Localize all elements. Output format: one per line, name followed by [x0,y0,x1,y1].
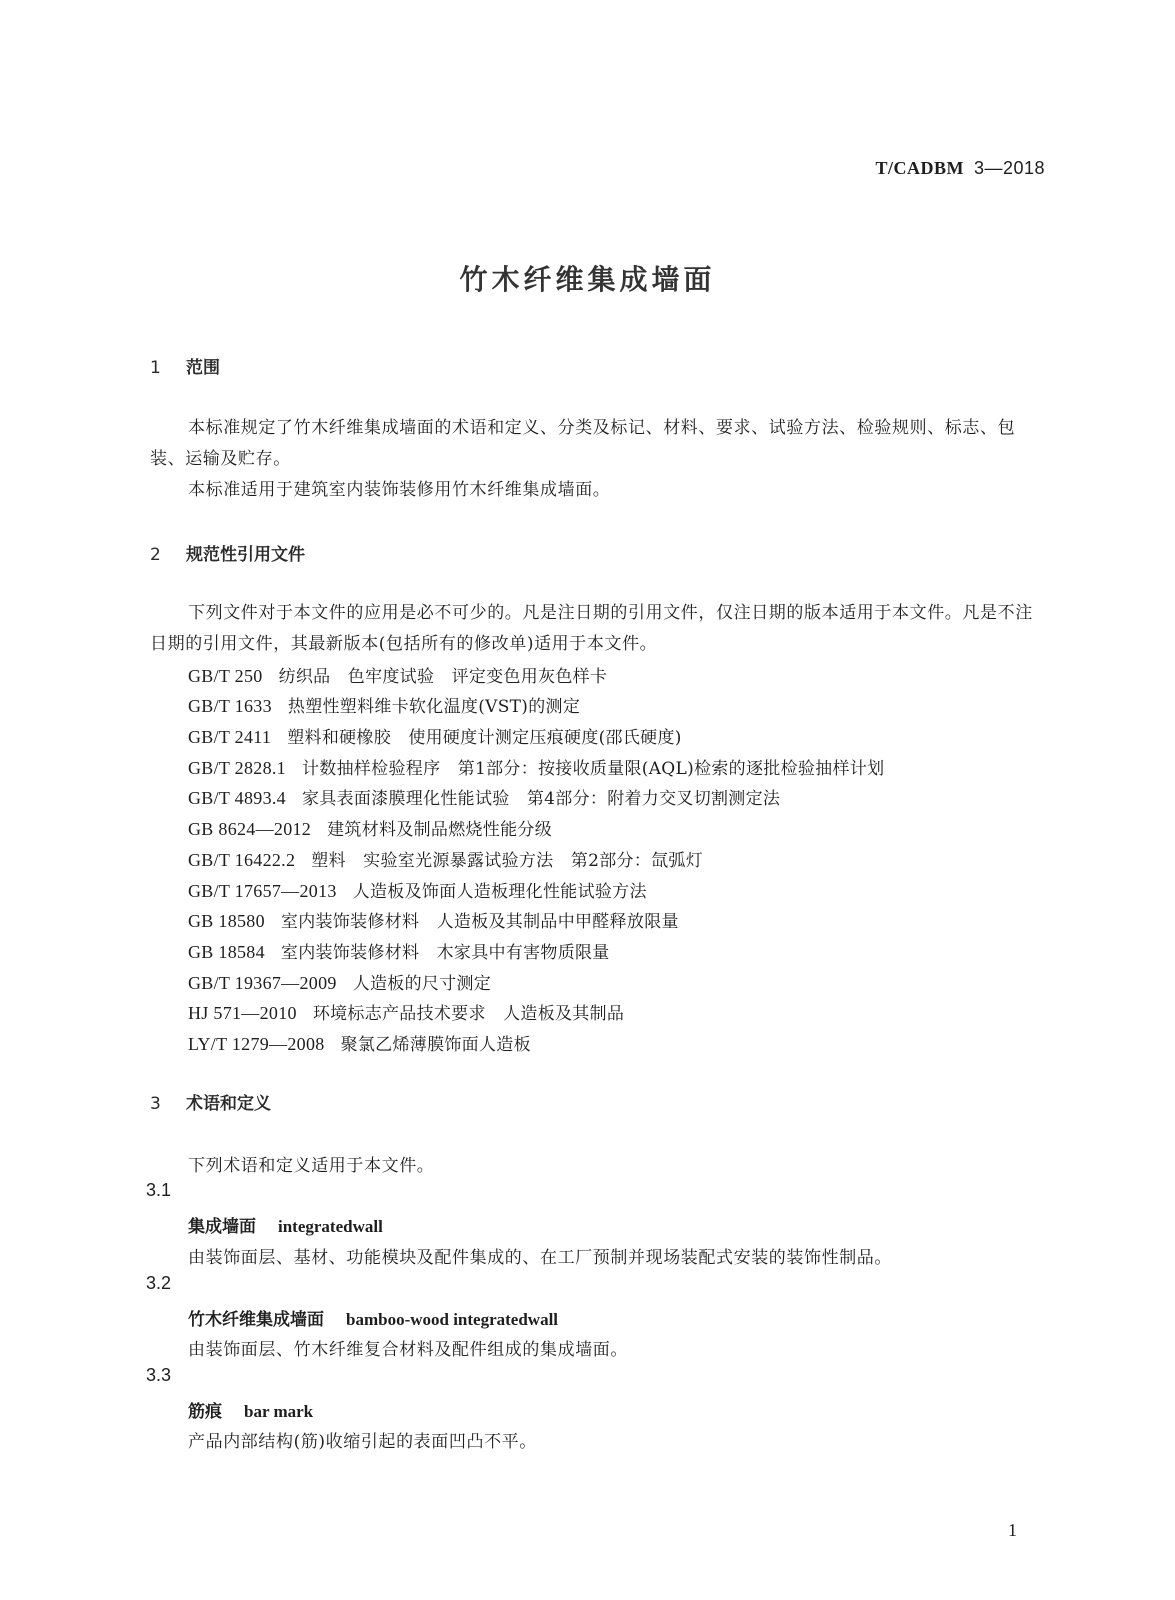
section-heading-2: 2规范性引用文件 [150,540,305,565]
reference-item: GB 8624—2012建筑材料及制品燃烧性能分级 [188,815,552,840]
section-number: 2 [150,545,186,565]
reference-item: GB/T 4893.4家具表面漆膜理化性能试验 第4部分：附着力交叉切割测定法 [188,784,780,809]
term-heading: 集成墙面integratedwall [188,1212,383,1237]
reference-code: GB 18580 [188,911,265,931]
section-1-paragraph-2: 本标准适用于建筑室内装饰装修用竹木纤维集成墙面。 [150,475,1045,506]
reference-code: GB/T 17657—2013 [188,881,337,901]
section-title: 术语和定义 [186,1094,271,1114]
reference-code: GB/T 2411 [188,727,271,747]
standard-code: T/CADBM 3—2018 [875,158,1045,179]
section-heading-3: 3术语和定义 [150,1089,271,1114]
term-en: integratedwall [278,1217,383,1236]
reference-code: GB/T 250 [188,666,263,686]
reference-title: 纺织品 色牢度试验 评定变色用灰色样卡 [279,667,608,687]
reference-code: LY/T 1279—2008 [188,1034,325,1054]
section-3-paragraph: 下列术语和定义适用于本文件。 [188,1151,434,1176]
reference-item: GB/T 1633热塑性塑料维卡软化温度(VST)的测定 [188,692,580,717]
reference-item: GB 18580室内装饰装修材料 人造板及其制品中甲醛释放限量 [188,907,679,932]
term-definition: 由装饰面层、竹木纤维复合材料及配件组成的集成墙面。 [188,1335,628,1360]
reference-item: LY/T 1279—2008聚氯乙烯薄膜饰面人造板 [188,1030,531,1055]
reference-code: HJ 571—2010 [188,1003,297,1023]
section-1-paragraph-1: 本标准规定了竹木纤维集成墙面的术语和定义、分类及标记、材料、要求、试验方法、检验… [150,413,1045,475]
term-heading: 筋痕bar mark [188,1397,313,1422]
reference-title: 建筑材料及制品燃烧性能分级 [327,820,552,840]
term-definition: 产品内部结构(筋)收缩引起的表面凹凸不平。 [188,1427,537,1452]
term-number: 3.2 [146,1273,171,1294]
reference-code: GB/T 1633 [188,696,272,716]
reference-title: 室内装饰装修材料 木家具中有害物质限量 [281,943,610,963]
reference-title: 人造板的尺寸测定 [353,974,491,994]
reference-title: 环境标志产品技术要求 人造板及其制品 [313,1004,624,1024]
term-en: bamboo-wood integratedwall [346,1310,558,1329]
reference-code: GB/T 2828.1 [188,758,286,778]
reference-title: 热塑性塑料维卡软化温度(VST)的测定 [288,697,580,717]
term-en: bar mark [244,1402,313,1421]
term-number: 3.1 [146,1180,171,1201]
reference-title: 计数抽样检验程序 第1部分：按接收质量限(AQL)检索的逐批检验抽样计划 [302,759,884,779]
section-title: 范围 [186,358,220,378]
reference-code: GB/T 16422.2 [188,850,295,870]
reference-title: 人造板及饰面人造板理化性能试验方法 [353,882,647,902]
reference-item: GB/T 2828.1计数抽样检验程序 第1部分：按接收质量限(AQL)检索的逐… [188,754,884,779]
reference-title: 聚氯乙烯薄膜饰面人造板 [341,1035,531,1055]
reference-title: 塑料和硬橡胶 使用硬度计测定压痕硬度(邵氏硬度) [287,728,681,748]
reference-item: GB/T 17657—2013人造板及饰面人造板理化性能试验方法 [188,877,647,902]
reference-item: HJ 571—2010环境标志产品技术要求 人造板及其制品 [188,999,624,1024]
term-zh: 集成墙面 [188,1217,256,1237]
term-zh: 筋痕 [188,1402,222,1422]
standard-code-number: 3—2018 [974,158,1045,178]
reference-title: 家具表面漆膜理化性能试验 第4部分：附着力交叉切割测定法 [302,789,780,809]
section-heading-1: 1范围 [150,353,220,378]
reference-title: 塑料 实验室光源暴露试验方法 第2部分：氙弧灯 [311,851,703,871]
reference-item: GB/T 250纺织品 色牢度试验 评定变色用灰色样卡 [188,662,607,687]
section-number: 1 [150,358,186,378]
reference-item: GB/T 19367—2009人造板的尺寸测定 [188,969,491,994]
term-definition: 由装饰面层、基材、功能模块及配件集成的、在工厂预制并现场装配式安装的装饰性制品。 [188,1243,892,1268]
term-zh: 竹木纤维集成墙面 [188,1310,324,1330]
reference-code: GB 8624—2012 [188,819,311,839]
document-title: 竹木纤维集成墙面 [0,258,1175,298]
section-2-paragraph: 下列文件对于本文件的应用是必不可少的。凡是注日期的引用文件，仅注日期的版本适用于… [150,598,1045,660]
standard-code-prefix: T/CADBM [875,158,964,178]
page-number: 1 [1008,1520,1017,1541]
reference-item: GB/T 16422.2塑料 实验室光源暴露试验方法 第2部分：氙弧灯 [188,846,703,871]
reference-item: GB 18584室内装饰装修材料 木家具中有害物质限量 [188,938,610,963]
reference-item: GB/T 2411塑料和硬橡胶 使用硬度计测定压痕硬度(邵氏硬度) [188,723,682,748]
reference-code: GB/T 4893.4 [188,788,286,808]
reference-code: GB/T 19367—2009 [188,973,337,993]
section-title: 规范性引用文件 [186,545,305,565]
section-number: 3 [150,1094,186,1114]
term-number: 3.3 [146,1365,171,1386]
reference-title: 室内装饰装修材料 人造板及其制品中甲醛释放限量 [281,912,679,932]
reference-code: GB 18584 [188,942,265,962]
term-heading: 竹木纤维集成墙面bamboo-wood integratedwall [188,1305,558,1330]
